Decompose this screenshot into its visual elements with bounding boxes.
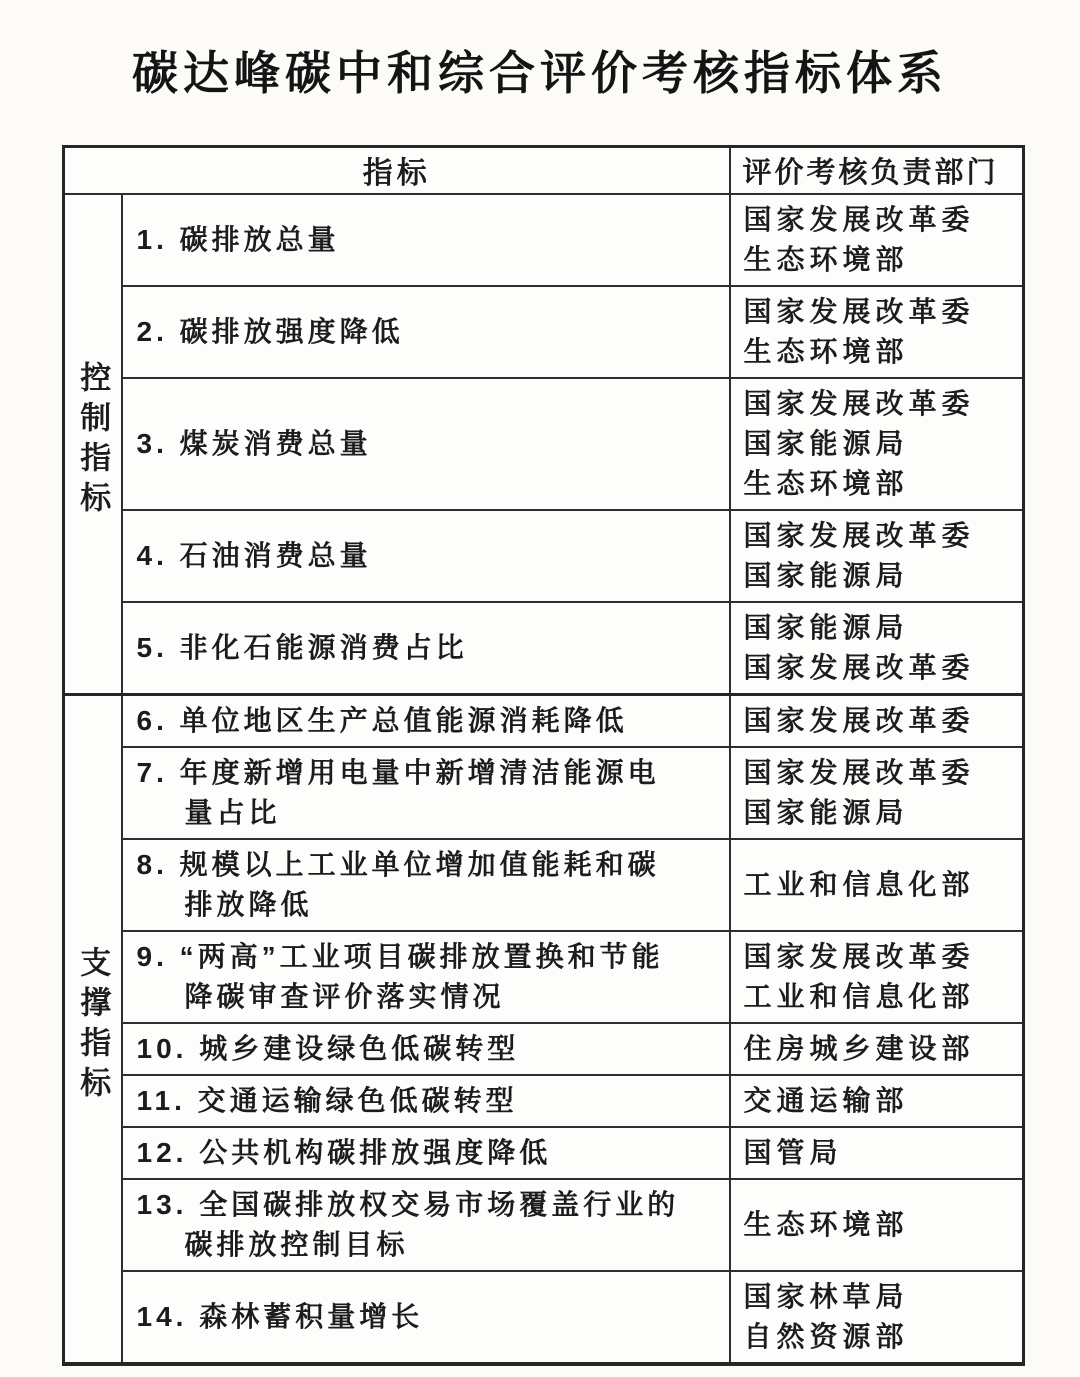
- department-cell: 工业和信息化部: [730, 839, 1024, 931]
- table-row: 4. 石油消费总量国家发展改革委国家能源局: [64, 510, 1024, 602]
- department-cell: 国家林草局自然资源部: [730, 1271, 1024, 1364]
- department-cell: 国家发展改革委国家能源局: [730, 747, 1024, 839]
- indicator-cell: 3. 煤炭消费总量: [122, 378, 730, 510]
- indicator-line: 3. 煤炭消费总量: [137, 424, 721, 464]
- department-line: 国家林草局: [744, 1277, 1019, 1317]
- indicator-line: 9. “两高”工业项目碳排放置换和节能: [137, 937, 721, 977]
- department-line: 交通运输部: [744, 1081, 1019, 1121]
- indicator-line: 碳排放控制目标: [137, 1225, 721, 1265]
- indicator-line: 量占比: [137, 793, 721, 833]
- indicator-line: 排放降低: [137, 885, 721, 925]
- indicator-line: 5. 非化石能源消费占比: [137, 628, 721, 668]
- department-line: 国家能源局: [744, 424, 1019, 464]
- department-line: 国家发展改革委: [744, 648, 1019, 688]
- department-cell: 交通运输部: [730, 1075, 1024, 1127]
- col-header-department: 评价考核负责部门: [730, 147, 1024, 194]
- table-row: 11. 交通运输绿色低碳转型交通运输部: [64, 1075, 1024, 1127]
- indicator-line: 2. 碳排放强度降低: [137, 312, 721, 352]
- department-cell: 国家能源局国家发展改革委: [730, 602, 1024, 695]
- department-cell: 国家发展改革委生态环境部: [730, 286, 1024, 378]
- table-row: 13. 全国碳排放权交易市场覆盖行业的碳排放控制目标生态环境部: [64, 1179, 1024, 1271]
- table-row: 9. “两高”工业项目碳排放置换和节能降碳审查评价落实情况国家发展改革委工业和信…: [64, 931, 1024, 1023]
- department-line: 工业和信息化部: [744, 865, 1019, 905]
- indicator-cell: 11. 交通运输绿色低碳转型: [122, 1075, 730, 1127]
- department-line: 国管局: [744, 1133, 1019, 1173]
- indicator-line: 降碳审查评价落实情况: [137, 977, 721, 1017]
- indicator-line: 1. 碳排放总量: [137, 220, 721, 260]
- department-line: 国家能源局: [744, 556, 1019, 596]
- col-header-indicator: 指标: [64, 147, 730, 194]
- department-cell: 国管局: [730, 1127, 1024, 1179]
- table-body: 控制指标1. 碳排放总量国家发展改革委生态环境部2. 碳排放强度降低国家发展改革…: [64, 194, 1024, 1364]
- indicator-line: 11. 交通运输绿色低碳转型: [137, 1081, 721, 1121]
- indicator-cell: 2. 碳排放强度降低: [122, 286, 730, 378]
- table-row: 支撑指标6. 单位地区生产总值能源消耗降低国家发展改革委: [64, 694, 1024, 747]
- department-line: 生态环境部: [744, 1205, 1019, 1245]
- indicator-line: 7. 年度新增用电量中新增清洁能源电: [137, 753, 721, 793]
- indicator-table: 指标 评价考核负责部门 控制指标1. 碳排放总量国家发展改革委生态环境部2. 碳…: [62, 145, 1025, 1366]
- department-line: 自然资源部: [744, 1317, 1019, 1357]
- group-label-text: 支撑指标: [77, 946, 108, 1106]
- indicator-cell: 12. 公共机构碳排放强度降低: [122, 1127, 730, 1179]
- indicator-cell: 13. 全国碳排放权交易市场覆盖行业的碳排放控制目标: [122, 1179, 730, 1271]
- department-line: 国家发展改革委: [744, 200, 1019, 240]
- department-cell: 国家发展改革委国家能源局: [730, 510, 1024, 602]
- department-line: 住房城乡建设部: [744, 1029, 1019, 1069]
- department-cell: 生态环境部: [730, 1179, 1024, 1271]
- indicator-line: 10. 城乡建设绿色低碳转型: [137, 1029, 721, 1069]
- indicator-cell: 7. 年度新增用电量中新增清洁能源电量占比: [122, 747, 730, 839]
- indicator-line: 8. 规模以上工业单位增加值能耗和碳: [137, 845, 721, 885]
- indicator-cell: 5. 非化石能源消费占比: [122, 602, 730, 695]
- department-cell: 国家发展改革委国家能源局生态环境部: [730, 378, 1024, 510]
- table-row: 控制指标1. 碳排放总量国家发展改革委生态环境部: [64, 194, 1024, 286]
- group-label-cell: 支撑指标: [64, 694, 122, 1364]
- indicator-cell: 1. 碳排放总量: [122, 194, 730, 286]
- table-header-row: 指标 评价考核负责部门: [64, 147, 1024, 194]
- indicator-line: 6. 单位地区生产总值能源消耗降低: [137, 701, 721, 741]
- table-row: 14. 森林蓄积量增长国家林草局自然资源部: [64, 1271, 1024, 1364]
- department-line: 国家发展改革委: [744, 292, 1019, 332]
- indicator-line: 4. 石油消费总量: [137, 536, 721, 576]
- department-line: 工业和信息化部: [744, 977, 1019, 1017]
- department-line: 生态环境部: [744, 240, 1019, 280]
- indicator-line: 13. 全国碳排放权交易市场覆盖行业的: [137, 1185, 721, 1225]
- department-line: 国家发展改革委: [744, 384, 1019, 424]
- page-title: 碳达峰碳中和综合评价考核指标体系: [0, 42, 1080, 104]
- indicator-cell: 10. 城乡建设绿色低碳转型: [122, 1023, 730, 1075]
- table-row: 3. 煤炭消费总量国家发展改革委国家能源局生态环境部: [64, 378, 1024, 510]
- table-row: 12. 公共机构碳排放强度降低国管局: [64, 1127, 1024, 1179]
- table-row: 7. 年度新增用电量中新增清洁能源电量占比国家发展改革委国家能源局: [64, 747, 1024, 839]
- indicator-line: 12. 公共机构碳排放强度降低: [137, 1133, 721, 1173]
- department-cell: 国家发展改革委工业和信息化部: [730, 931, 1024, 1023]
- group-label-cell: 控制指标: [64, 194, 122, 695]
- department-line: 生态环境部: [744, 464, 1019, 504]
- document-page: 碳达峰碳中和综合评价考核指标体系 指标 评价考核负责部门 控制指标1. 碳排放总…: [0, 0, 1080, 1377]
- indicator-cell: 6. 单位地区生产总值能源消耗降低: [122, 694, 730, 747]
- table-row: 8. 规模以上工业单位增加值能耗和碳排放降低工业和信息化部: [64, 839, 1024, 931]
- department-cell: 住房城乡建设部: [730, 1023, 1024, 1075]
- indicator-cell: 9. “两高”工业项目碳排放置换和节能降碳审查评价落实情况: [122, 931, 730, 1023]
- department-line: 国家发展改革委: [744, 516, 1019, 556]
- department-line: 国家发展改革委: [744, 753, 1019, 793]
- department-line: 国家能源局: [744, 608, 1019, 648]
- table-row: 10. 城乡建设绿色低碳转型住房城乡建设部: [64, 1023, 1024, 1075]
- department-cell: 国家发展改革委生态环境部: [730, 194, 1024, 286]
- indicator-cell: 4. 石油消费总量: [122, 510, 730, 602]
- indicator-cell: 14. 森林蓄积量增长: [122, 1271, 730, 1364]
- indicator-cell: 8. 规模以上工业单位增加值能耗和碳排放降低: [122, 839, 730, 931]
- department-cell: 国家发展改革委: [730, 694, 1024, 747]
- group-label-text: 控制指标: [77, 361, 108, 521]
- table-row: 5. 非化石能源消费占比国家能源局国家发展改革委: [64, 602, 1024, 695]
- department-line: 国家发展改革委: [744, 701, 1019, 741]
- department-line: 国家能源局: [744, 793, 1019, 833]
- table-row: 2. 碳排放强度降低国家发展改革委生态环境部: [64, 286, 1024, 378]
- indicator-line: 14. 森林蓄积量增长: [137, 1297, 721, 1337]
- department-line: 国家发展改革委: [744, 937, 1019, 977]
- department-line: 生态环境部: [744, 332, 1019, 372]
